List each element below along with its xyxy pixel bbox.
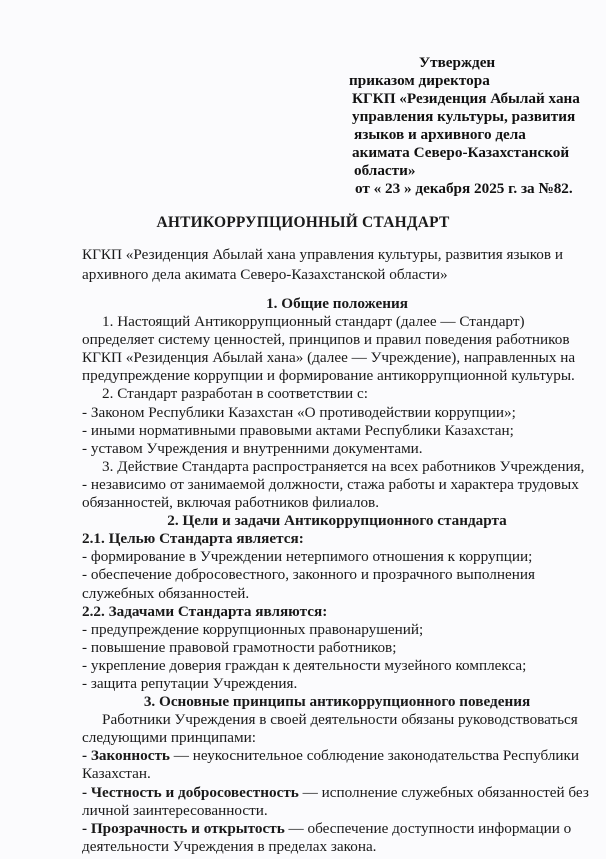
organization-name: КГКП «Резиденция Абылай хана управления … (82, 245, 592, 285)
list-item: - формирование в Учреждении нетерпимого … (82, 548, 592, 566)
section-1-paragraph-3: 3. Действие Стандарта распространяется н… (82, 458, 592, 476)
document-title: АНТИКОРРУПЦИОННЫЙ СТАНДАРТ (0, 214, 606, 232)
principle-term: - Честность и добросовестность (82, 784, 299, 801)
section-2-heading: 2. Цели и задачи Антикоррупционного стан… (82, 512, 592, 530)
principle-item: - Законность — неукоснительное соблюдени… (82, 747, 592, 783)
section-1-paragraph-3-cont: - независимо от занимаемой должности, ст… (82, 476, 592, 512)
list-item: - укрепление доверия граждан к деятельно… (82, 657, 592, 675)
principle-term: - Прозрачность и открытость (82, 820, 285, 837)
list-item: - защита репутации Учреждения. (82, 675, 592, 693)
section-1-paragraph-1: 1. Настоящий Антикоррупционный стандарт … (82, 313, 592, 385)
section-3-intro: Работники Учреждения в своей деятельност… (82, 711, 592, 747)
subsection-2-2-heading: 2.2. Задачами Стандарта являются: (82, 603, 592, 621)
section-3-heading: 3. Основные принципы антикоррупционного … (82, 693, 592, 711)
approval-line: акимата Северо-Казахстанской (349, 144, 580, 162)
section-1-heading: 1. Общие положения (82, 295, 592, 313)
list-item: - Законом Республики Казахстан «О против… (82, 404, 592, 422)
section-1-paragraph-2: 2. Стандарт разработан в соответствии с: (82, 385, 592, 403)
approval-line: управления культуры, развития (349, 108, 580, 126)
document-page: Утвержден приказом директора КГКП «Резид… (0, 0, 606, 859)
list-item: - уставом Учреждения и внутренними докум… (82, 440, 592, 458)
principle-item: - Честность и добросовестность — исполне… (82, 784, 592, 820)
principle-term: - Законность (82, 747, 170, 764)
approval-line: языков и архивного дела (349, 126, 580, 144)
document-body: КГКП «Резиденция Абылай хана управления … (82, 245, 592, 856)
approval-line: от « 23 » декабря 2025 г. за №82. (349, 180, 580, 198)
principle-item: - Прозрачность и открытость — обеспечени… (82, 820, 592, 856)
approval-line: Утвержден (349, 54, 580, 72)
approval-line: приказом директора (349, 72, 580, 90)
list-item: - предупреждение коррупционных правонару… (82, 621, 592, 639)
subsection-2-1-heading: 2.1. Целью Стандарта является: (82, 530, 592, 548)
list-item: - иными нормативными правовыми актами Ре… (82, 422, 592, 440)
approval-line: КГКП «Резиденция Абылай хана (349, 90, 580, 108)
list-item: - повышение правовой грамотности работни… (82, 639, 592, 657)
list-item: - обеспечение добросовестного, законного… (82, 566, 592, 602)
approval-line: области» (349, 162, 580, 180)
approval-stamp-block: Утвержден приказом директора КГКП «Резид… (349, 54, 580, 198)
